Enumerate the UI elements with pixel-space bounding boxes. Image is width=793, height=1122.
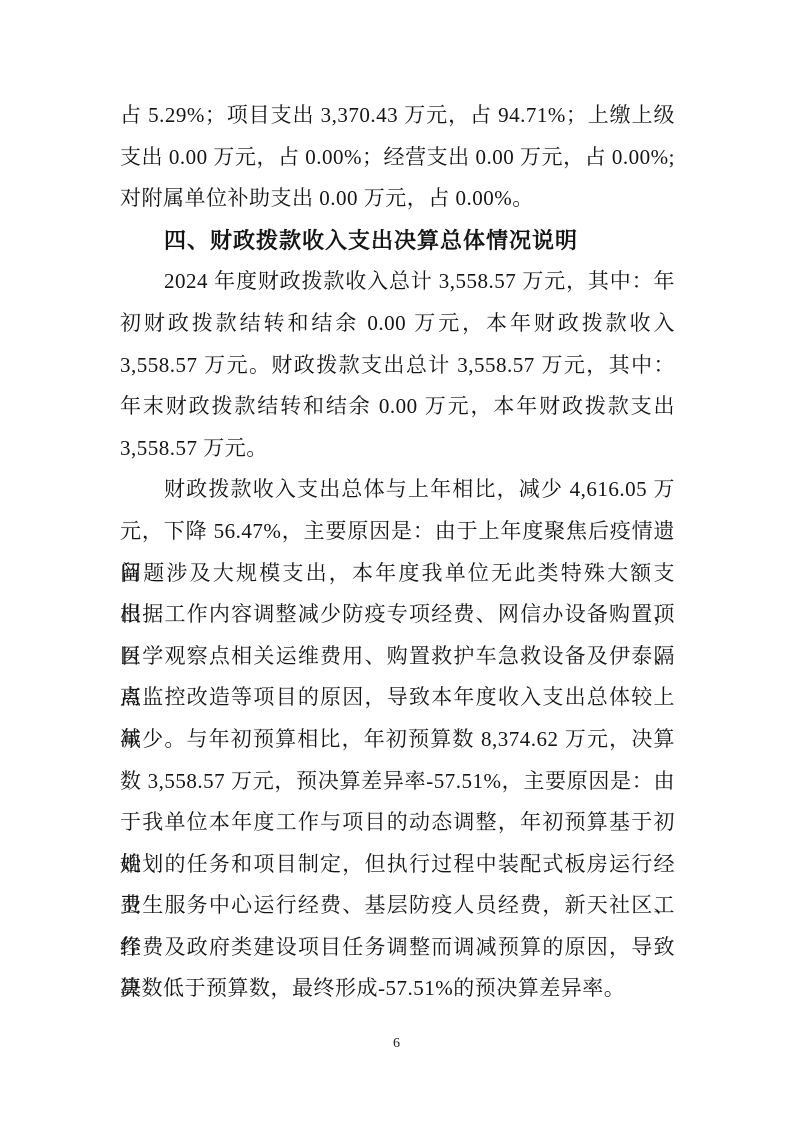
text-line: 3,558.57 万元。财政拨款支出总计 3,558.57 万元，其中： — [120, 345, 675, 387]
text-line: 元，下降 56.47%，主要原因是：由于上年度聚焦后疫情遗留 — [120, 511, 675, 553]
section-heading: 四、财政拨款收入支出决算总体情况说明 — [120, 220, 675, 262]
text-line: 算数低于预算数，最终形成-57.51%的预决算差异率。 — [120, 968, 675, 1010]
text-line: 初财政拨款结转和结余 0.00 万元，本年财政拨款收入 — [120, 303, 675, 345]
document-page: 占 5.29%；项目支出 3,370.43 万元，占 94.71%；上缴上级支出… — [0, 0, 793, 1122]
text-line: 经费及政府类建设项目任务调整而调减预算的原因，导致决 — [120, 927, 675, 969]
text-line: 2024 年度财政拨款收入总计 3,558.57 万元，其中：年 — [120, 261, 675, 303]
text-line: 根据工作内容调整减少防疫专项经费、网信办设备购置项目、 — [120, 594, 675, 636]
text-line: 数 3,558.57 万元，预决算差异率-57.51%，主要原因是：由 — [120, 761, 675, 803]
text-line: 支出 0.00 万元，占 0.00%；经营支出 0.00 万元，占 0.00%; — [120, 137, 675, 179]
text-line: 点监控改造等项目的原因，导致本年度收入支出总体较上年 — [120, 677, 675, 719]
text-line: 占 5.29%；项目支出 3,370.43 万元，占 94.71%；上缴上级 — [120, 95, 675, 137]
text-line: 卫生服务中心运行经费、基层防疫人员经费，新天社区工作 — [120, 885, 675, 927]
text-line: 减少。与年初预算相比，年初预算数 8,374.62 万元，决算 — [120, 719, 675, 761]
text-line: 3,558.57 万元。 — [120, 428, 675, 470]
text-line: 对附属单位补助支出 0.00 万元，占 0.00%。 — [120, 178, 675, 220]
text-line: 财政拨款收入支出总体与上年相比，减少 4,616.05 万 — [120, 469, 675, 511]
text-line: 规划的任务和项目制定，但执行过程中装配式板房运行经费、 — [120, 844, 675, 886]
text-line: 问题涉及大规模支出，本年度我单位无此类特殊大额支出， — [120, 553, 675, 595]
text-line: 于我单位本年度工作与项目的动态调整，年初预算基于初始 — [120, 802, 675, 844]
text-line: 年末财政拨款结转和结余 0.00 万元，本年财政拨款支出 — [120, 386, 675, 428]
document-body: 占 5.29%；项目支出 3,370.43 万元，占 94.71%；上缴上级支出… — [120, 95, 675, 1010]
page-number: 6 — [0, 1036, 793, 1052]
text-line: 医学观察点相关运维费用、购置救护车急救设备及伊泰隔离 — [120, 636, 675, 678]
